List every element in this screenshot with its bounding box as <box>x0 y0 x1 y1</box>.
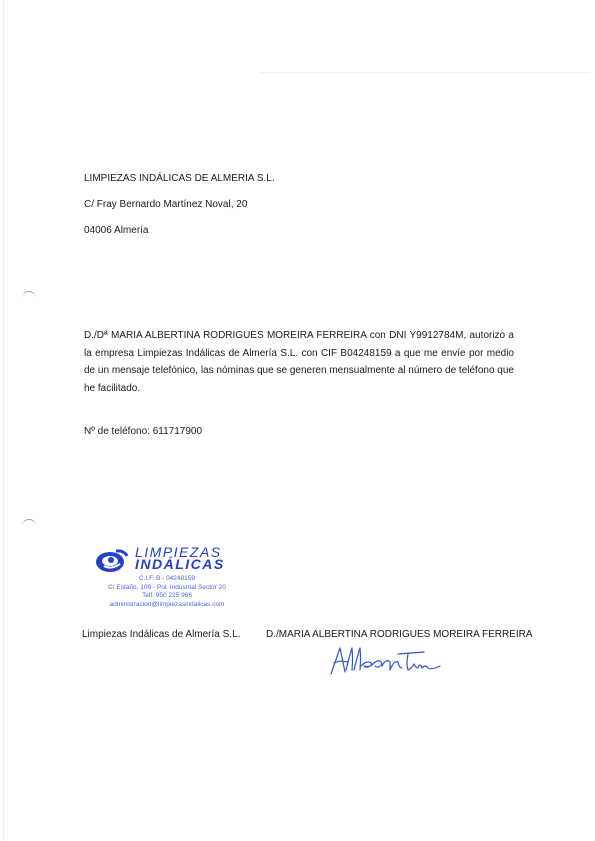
phone-line: Nº de teléfono: 611717900 <box>84 425 202 438</box>
stamp-brand-line2: INDÁLICAS <box>135 558 225 570</box>
punch-hole-mark <box>22 519 36 528</box>
company-signature-label: Limpiezas Indálicas de Almería S.L. <box>82 628 240 641</box>
authorization-paragraph: D./Dª MARIA ALBERTINA RODRIGUES MOREIRA … <box>84 327 514 397</box>
employee-signature-label: D./MARIA ALBERTINA RODRIGUES MOREIRA FER… <box>266 628 533 641</box>
phone-value: 611717900 <box>153 426 202 437</box>
punch-hole-mark <box>22 291 36 300</box>
stamp-details: C.I.F. B - 04248159 C/ Estaño, 109 - Pol… <box>92 575 242 609</box>
recipient-street: C/ Fray Bernardo Martínez Noval, 20 <box>84 198 247 211</box>
company-stamp: LIMPIEZAS INDÁLICAS C.I.F. B - 04248159 … <box>92 546 252 612</box>
scan-page-edge <box>3 0 4 841</box>
stamp-email: administracion@limpiezasindalicas.com <box>92 601 242 610</box>
recipient-company: LIMPIEZAS INDÁLICAS DE ALMERIA S.L. <box>84 172 275 185</box>
stamp-cif: C.I.F. B - 04248159 <box>92 575 242 584</box>
recipient-city: 04006 Almería <box>84 224 149 237</box>
stamp-brand: LIMPIEZAS INDÁLICAS <box>135 546 225 570</box>
phone-label: Nº de teléfono: <box>84 426 150 437</box>
stamp-address: C/ Estaño, 109 - Pol. Industrial Sector … <box>92 584 242 593</box>
scan-artifact-line <box>260 72 590 73</box>
handwritten-signature-icon <box>328 644 443 678</box>
company-logo-icon <box>94 548 128 574</box>
stamp-phone: Telf. 950 225 966 <box>92 592 242 601</box>
